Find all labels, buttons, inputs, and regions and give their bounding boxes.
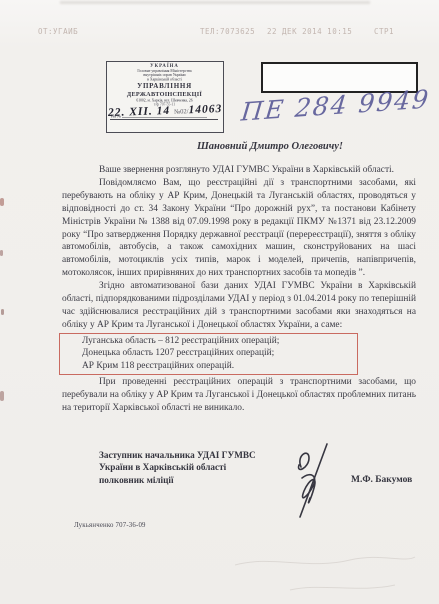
stamp-number-prefix: №02/ xyxy=(174,108,189,116)
stamp-title-line1: УПРАВЛІННЯ xyxy=(107,83,222,91)
signer-name: М.Ф. Бакумов xyxy=(351,475,412,485)
stamp-org-line3: в Харківській області xyxy=(107,77,222,81)
stamp-title-line2: ДЕРЖАВТОІНСПЕКЦІЇ xyxy=(107,90,222,97)
signer-title-block: Заступник начальника УДАІ ГУМВС України … xyxy=(99,449,256,486)
paragraph-1: Ваше звернення розглянуто УДАІ ГУМВС Укр… xyxy=(62,164,416,177)
scan-artifact-edge-mark xyxy=(0,250,3,256)
paragraph-2: Повідомляємо Вам, що реєстраційні дії з … xyxy=(62,177,416,280)
fax-tel: ТЕЛ:7073625 xyxy=(200,27,255,36)
registration-stats-red-box: Луганська область – 812 реєстраційних оп… xyxy=(59,333,358,375)
stat-donetsk: Донецька область 1207 реєстраційних опер… xyxy=(82,347,355,359)
scanned-letter-page: ОТ:УГАИБ ТЕЛ:7073625 22 ДЕК 2014 10:15 С… xyxy=(0,0,439,604)
paragraph-3: Згідно автоматизованої бази даних УДАІ Г… xyxy=(62,280,416,332)
handwritten-date: 22. ХІІ. 14 xyxy=(108,105,171,119)
fax-header: ОТ:УГАИБ ТЕЛ:7073625 22 ДЕК 2014 10:15 С… xyxy=(0,27,439,39)
handwritten-signature xyxy=(287,441,339,521)
scan-artifact-edge-mark xyxy=(0,391,4,401)
salutation: Шановний Дмитро Олеговичу! xyxy=(150,141,390,152)
stat-crimea: АР Крим 118 реєстраційних операцій. xyxy=(82,360,355,372)
signer-title-line3: полковник міліції xyxy=(99,474,256,486)
executor-contact: Лукьянченко 707-36-09 xyxy=(74,522,146,529)
signer-title-line2: України в Харківській області xyxy=(99,461,256,473)
fax-datetime: 22 ДЕК 2014 10:15 xyxy=(267,27,352,36)
signer-title-line1: Заступник начальника УДАІ ГУМВС xyxy=(99,449,256,461)
scan-artifact-edge-mark xyxy=(1,309,4,315)
fax-from: ОТ:УГАИБ xyxy=(38,27,78,36)
fax-page-number: СТР1 xyxy=(374,27,394,36)
stamp-date-underline xyxy=(110,119,218,120)
handwritten-number: 14063 xyxy=(188,103,222,116)
scan-artifact-top-smudge xyxy=(60,1,370,4)
scan-artifact-edge-mark xyxy=(0,198,4,206)
stat-luhansk: Луганська область – 812 реєстраційних оп… xyxy=(82,335,355,347)
closing-paragraph: При проведенні реєстраційних операцій з … xyxy=(62,376,416,415)
scan-artifact-faint-smudge xyxy=(230,545,420,600)
letter-body: Ваше звернення розглянуто УДАІ ГУМВС Укр… xyxy=(62,164,416,415)
letterhead-stamp: УКРАЇНА Головне управління Міністерства … xyxy=(106,61,224,133)
